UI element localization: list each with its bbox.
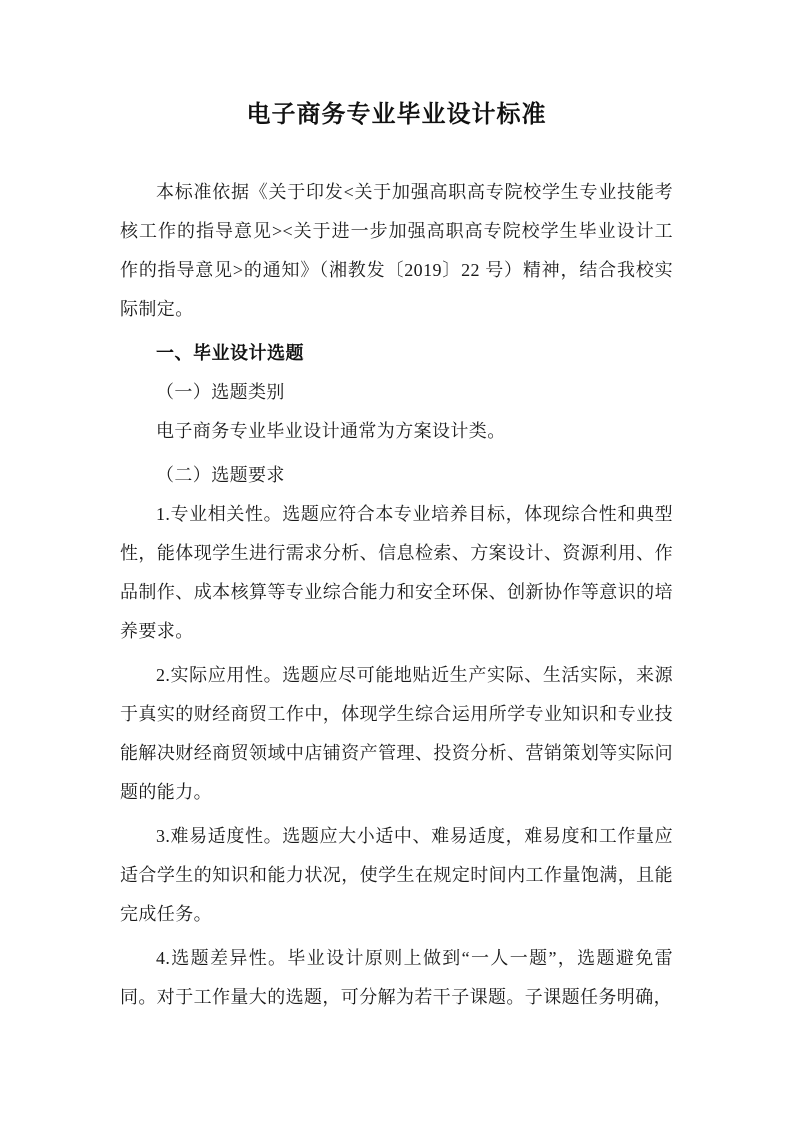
subheading-topic-category: （一）选题类别	[120, 373, 673, 412]
paragraph-topic-category: 电子商务专业毕业设计通常为方案设计类。	[120, 412, 673, 451]
paragraph-requirement-1-relevance: 1.专业相关性。选题应符合本专业培养目标，体现综合性和典型性，能体现学生进行需求…	[120, 495, 673, 651]
paragraph-requirement-2-practicality: 2.实际应用性。选题应尽可能地贴近生产实际、生活实际，来源于真实的财经商贸工作中…	[120, 656, 673, 812]
paragraph-requirement-4-differentiation: 4.选题差异性。毕业设计原则上做到“一人一题”，选题避免雷同。对于工作量大的选题…	[120, 939, 673, 1017]
section-heading-topic-selection: 一、毕业设计选题	[120, 334, 673, 373]
document-title: 电子商务专业毕业设计标准	[120, 95, 673, 135]
paragraph-requirement-3-difficulty: 3.难易适度性。选题应大小适中、难易适度，难易度和工作量应适合学生的知识和能力状…	[120, 817, 673, 934]
paragraph-basis: 本标准依据《关于印发<关于加强高职高专院校学生专业技能考核工作的指导意见><关于…	[120, 173, 673, 329]
subheading-topic-requirements: （二）选题要求	[120, 456, 673, 495]
document-page: 电子商务专业毕业设计标准 本标准依据《关于印发<关于加强高职高专院校学生专业技能…	[0, 0, 793, 1122]
